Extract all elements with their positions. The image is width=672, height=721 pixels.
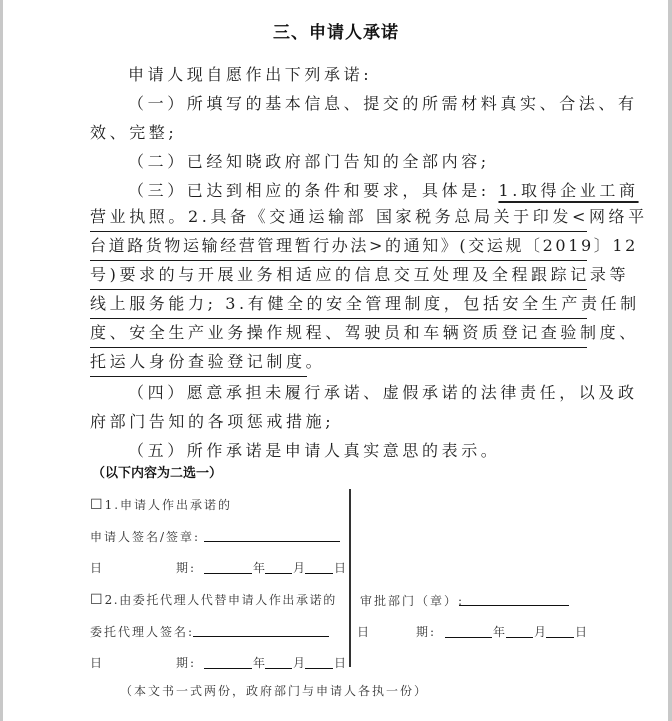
applicant-signature-label: 申请人签名/签章: xyxy=(90,528,200,545)
item-3-underlined-start: 1.取得企业工商 xyxy=(498,181,638,200)
item-3-line-5: 线上服务能力; 3.有健全的安全管理制度，包括安全生产责任制 xyxy=(90,291,587,319)
option-1-day-field[interactable] xyxy=(305,573,333,574)
item-3-prefix: （三）已达到相应的条件和要求，具体是: xyxy=(128,181,498,200)
page-edge-right xyxy=(668,0,672,721)
item-3-line-6: 度、安全生产业务操作规程、驾驶员和车辆资质登记查验制度、 xyxy=(90,320,587,348)
option-2-checkbox[interactable]: ☐ xyxy=(90,592,105,608)
footer-note: （本文书一式两份，政府部门与申请人各执一份） xyxy=(120,682,428,699)
approval-day-field[interactable] xyxy=(546,637,574,638)
item-3-line-2: 营业执照。2.具备《交通运输部 国家税务总局关于印发<网络平 xyxy=(90,204,587,232)
approval-date-day-char: 日 xyxy=(357,623,371,640)
item-3-line-3: 台道路货物运输经营管理暂行办法>的通知》(交运规〔2019〕12 xyxy=(90,233,587,261)
option-2-date-period-label: 期: xyxy=(176,654,196,671)
option-2-day-label: 日 xyxy=(334,654,348,671)
item-1-line-1: （一）所填写的基本信息、提交的所需材料真实、合法、有 xyxy=(128,89,628,119)
item-4-line-2: 府部门告知的各项惩戒措施; xyxy=(90,407,590,437)
page-edge-left xyxy=(0,0,3,721)
option-1-label: 1.申请人作出承诺的 xyxy=(105,498,232,512)
option-1-month-field[interactable] xyxy=(265,573,292,574)
option-2-month-field[interactable] xyxy=(265,668,292,669)
item-4-line-1: （四）愿意承担未履行承诺、虚假承诺的法律责任，以及政 xyxy=(128,378,628,408)
option-2-day-field[interactable] xyxy=(305,668,333,669)
approval-month-field[interactable] xyxy=(506,637,533,638)
option-1-row: ☐1.申请人作出承诺的 xyxy=(90,496,232,513)
option-1-year-field[interactable] xyxy=(204,573,252,574)
agent-signature-label: 委托代理人签名: xyxy=(90,623,194,640)
column-divider xyxy=(349,489,351,667)
approval-seal-field[interactable] xyxy=(459,605,569,606)
approval-year-label: 年 xyxy=(493,623,507,640)
approval-year-field[interactable] xyxy=(445,637,492,638)
option-1-checkbox[interactable]: ☐ xyxy=(90,497,105,513)
intro-text: 申请人现自愿作出下列承诺: xyxy=(128,60,628,90)
approval-date-period-label: 期: xyxy=(416,623,436,640)
item-3-line-4: 号)要求的与开展业务相适应的信息交互处理及全程跟踪记录等 xyxy=(90,262,587,290)
item-3-line-1: （三）已达到相应的条件和要求，具体是: 1.取得企业工商 xyxy=(128,176,628,206)
option-2-date-day-char: 日 xyxy=(90,654,104,671)
item-1-line-2: 效、完整; xyxy=(90,118,590,148)
section-title: 三、申请人承诺 xyxy=(0,18,672,43)
item-3-line-7: 托运人身份查验登记制度。 xyxy=(90,349,307,377)
approval-dept-label: 审批部门（章）: xyxy=(360,592,464,609)
approval-day-label: 日 xyxy=(575,623,589,640)
option-2-label: 2.由委托代理人代替申请人作出承诺的 xyxy=(105,593,337,607)
applicant-signature-field[interactable] xyxy=(204,541,340,542)
option-1-day-label: 日 xyxy=(334,559,348,576)
option-1-date-period-label: 期: xyxy=(176,559,196,576)
agent-signature-field[interactable] xyxy=(193,636,329,637)
option-2-year-field[interactable] xyxy=(204,668,252,669)
option-1-date-day-char: 日 xyxy=(90,559,104,576)
choose-one-note: （以下内容为二选一） xyxy=(92,462,222,481)
item-2-line-1: （二）已经知晓政府部门告知的全部内容; xyxy=(128,147,628,177)
option-2-row: ☐2.由委托代理人代替申请人作出承诺的 xyxy=(90,591,337,608)
